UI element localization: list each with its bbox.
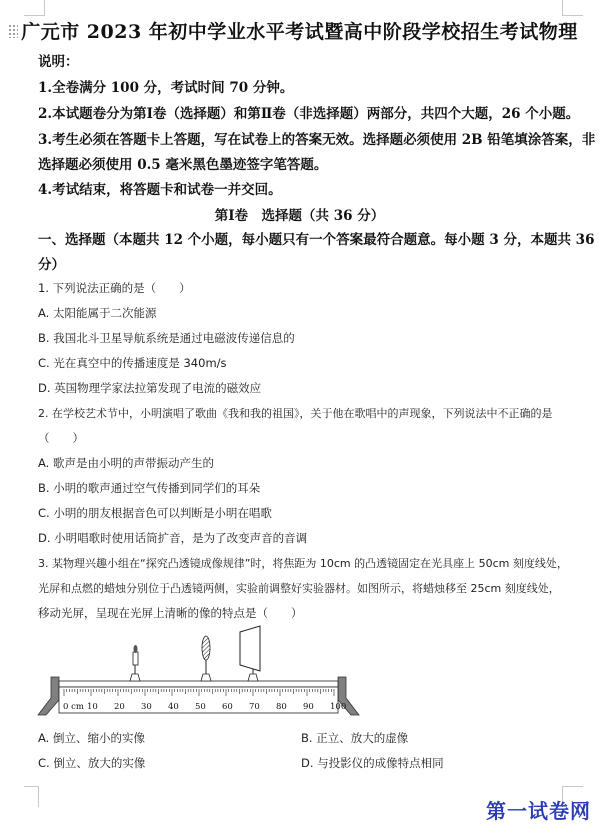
question-2-option-d: D. 小明唱歌时使用话筒扩音，是为了改变声音的音调 [38,530,307,546]
optical-bench-figure: 0 cm102030405060708090100 [34,625,364,715]
svg-text:60: 60 [222,702,233,712]
question-2-option-a: A. 歌声是由小明的声带振动产生的 [38,455,214,471]
svg-text:30: 30 [141,702,152,712]
question-3-stem: 3. 某物理兴趣小组在“探究凸透镜成像规律”时，将焦距为 10cm 的凸透镜固定… [38,555,568,571]
optical-bench-diagram: 0 cm102030405060708090100 [34,625,364,717]
part-heading-cont: 分） [38,253,65,273]
section-title: 第Ⅰ卷 选择题（共 36 分） [0,204,599,224]
svg-text:90: 90 [303,702,314,712]
svg-text:100: 100 [330,702,346,712]
question-3-option-b: B. 正立、放大的虚像 [301,730,408,746]
svg-text:0 cm: 0 cm [63,702,84,712]
question-2-stem-cont: （ ） [38,430,84,446]
instruction-item: 2.本试题卷分为第Ⅰ卷（选择题）和第Ⅱ卷（非选择题）两部分，共四个大题，26 个… [38,102,579,122]
page-corner-mark-top-right [562,0,583,16]
question-2-option-b: B. 小明的歌声通过空气传播到同学们的耳朵 [38,480,260,496]
question-1-stem: 1. 下列说法正确的是（ ） [38,280,191,296]
question-3-stem-line2: 光屏和点燃的蜡烛分别位于凸透镜两侧，实验前调整好实验器材。如图所示，将蜡烛移至 … [38,580,560,596]
instruction-item: 3.考生必须在答题卡上答题，写在试卷上的答案无效。选择题必须使用 2B 铅笔填涂… [38,128,595,148]
question-3-stem-line3: 移动光屏，呈现在光屏上清晰的像的特点是（ ） [38,605,303,621]
page-corner-mark-bottom-left [24,786,39,807]
svg-text:20: 20 [114,702,125,712]
question-2-stem: 2. 在学校艺术节中，小明演唱了歌曲《我和我的祖国》，关于他在歌唱中的声现象，下… [38,405,553,421]
question-3-option-c: C. 倒立、放大的实像 [38,755,145,771]
instruction-item: 选择题必须使用 0.5 毫米黑色墨迹签字笔答题。 [38,153,327,173]
page-corner-mark-top-left [24,0,45,16]
question-1-option-a: A. 太阳能属于二次能源 [38,305,156,321]
instruction-item: 4.考试结束，将答题卡和试卷一并交回。 [38,178,282,198]
question-1-option-c: C. 光在真空中的传播速度是 340m/s [38,355,227,371]
document-title: 广元市 2023 年初中学业水平考试暨高中阶段学校招生考试物理 [0,17,599,44]
question-2-option-c: C. 小明的朋友根据音色可以判断是小明在唱歌 [38,505,272,521]
instructions-heading: 说明： [38,50,79,70]
question-1-option-d: D. 英国物理学家法拉第发现了电流的磁效应 [38,380,261,396]
instruction-item: 1.全卷满分 100 分，考试时间 70 分钟。 [38,76,293,96]
watermark-logo: 第一试卷网 [486,795,591,824]
svg-text:70: 70 [249,702,260,712]
question-1-option-b: B. 我国北斗卫星导航系统是通过电磁波传递信息的 [38,330,295,346]
svg-text:40: 40 [168,702,179,712]
question-3-option-d: D. 与投影仪的成像特点相同 [301,755,444,771]
part-heading: 一、选择题（本题共 12 个小题，每小题只有一个答案最符合题意。每小题 3 分，… [38,228,594,248]
svg-text:80: 80 [276,702,287,712]
svg-text:10: 10 [87,702,98,712]
svg-text:50: 50 [195,702,206,712]
question-3-option-a: A. 倒立、缩小的实像 [38,730,145,746]
